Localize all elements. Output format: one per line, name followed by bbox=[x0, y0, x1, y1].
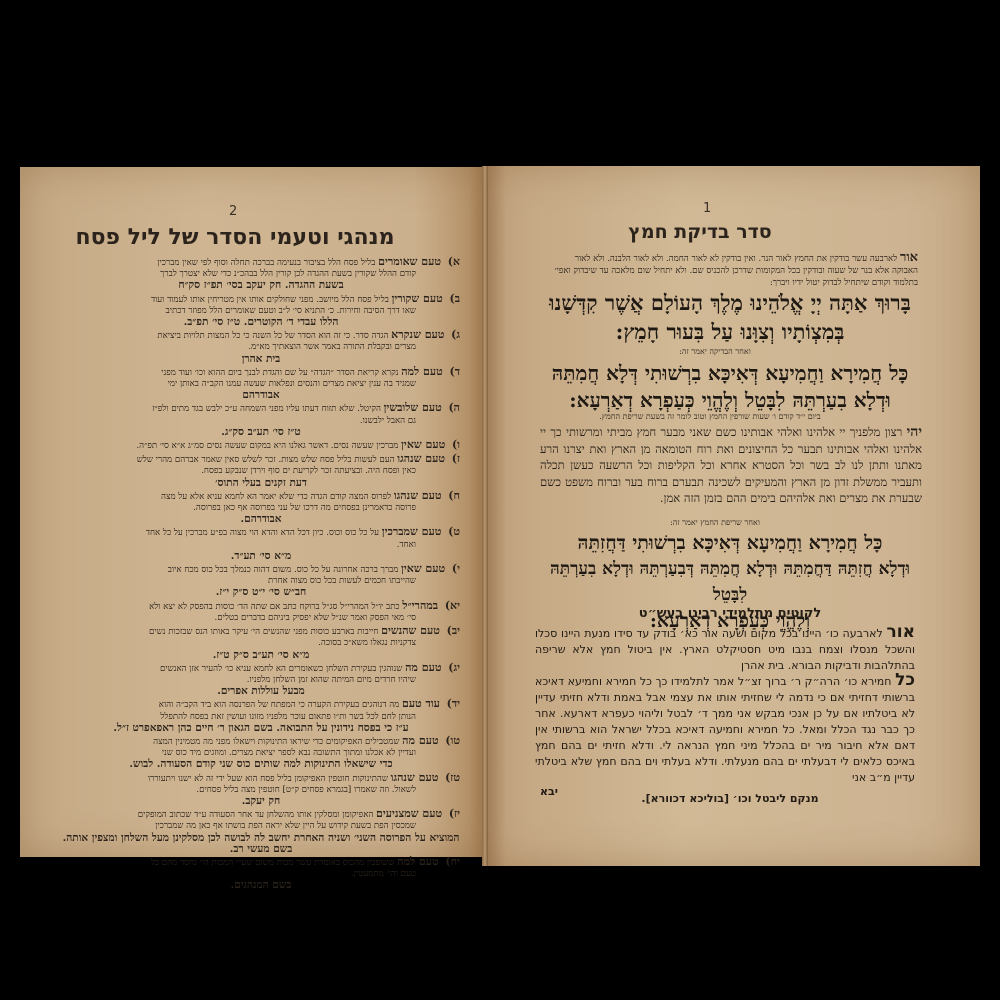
item-lead: טעם שמצניעים bbox=[376, 807, 442, 820]
item-marker: ה) bbox=[448, 401, 460, 414]
item-text: לפרוס המצה קודם הגדה כדי שלא יאמר הא לחמ… bbox=[161, 492, 391, 502]
kol-chamira-line: וּדְלָא חֲזִתֵּהּ דַּחֲמִתֵּהּ וּדְלָא ח… bbox=[530, 556, 930, 608]
item-source: מ״א סי׳ תע״ב ס״ק ט״ז. bbox=[62, 650, 460, 661]
item-source: ע״ז כי בפסח נידונין על התבואה. בשם הגאון… bbox=[62, 723, 460, 734]
item-text: האפיקומן ומסלקין אותו מהשלחן עד אחר הסעו… bbox=[138, 810, 374, 820]
commentary-lead-word: כל bbox=[895, 670, 915, 690]
item-text: על כל כוס וכוס. כיון דכל הדא והדא הוי מצ… bbox=[146, 528, 379, 538]
book-spine bbox=[482, 166, 488, 866]
item-lead: טעם שנהגו bbox=[391, 771, 439, 784]
left-page-number: 2 bbox=[229, 204, 237, 219]
item-marker: א) bbox=[448, 255, 460, 268]
item-marker: יב) bbox=[447, 624, 460, 637]
item-source: חק יעקב. bbox=[62, 796, 460, 807]
closing-line: מנקם ליבטל וכו׳ [בוליכא דכוורא]. bbox=[600, 792, 860, 805]
item-marker: יח) bbox=[445, 855, 460, 868]
item-marker: ד) bbox=[450, 365, 461, 378]
item-source: מבעל עוללות אפרים. bbox=[62, 686, 460, 697]
blessing-bedikat-chametz: בָּרוּךְ אַתָּה יְיָ אֱלֹהֵינוּ מֶלֶךְ ה… bbox=[540, 288, 920, 346]
item-lead: טעם שנהגו bbox=[397, 452, 445, 465]
prayer-text: רצון מלפניך יי אלהינו ואלהי אבותינו כשם … bbox=[540, 425, 922, 505]
item-lead: טעם שקורין bbox=[392, 292, 443, 305]
item-text: מה דנוהגים בעקירת הקערה כי המפתח של הפרנ… bbox=[159, 700, 399, 710]
item-marker: ח) bbox=[448, 489, 460, 502]
custom-item: יג) טעם מה שנוהגין בעקירת השלחן כשאומרים… bbox=[62, 662, 460, 698]
custom-item: יב) טעם שהנשים חייבות בארבע כוסות מפני ש… bbox=[62, 625, 460, 661]
item-marker: יא) bbox=[445, 599, 460, 612]
custom-item: יח) טעם למה ששופכין מהכוס באומרת עשר מכו… bbox=[62, 856, 460, 892]
custom-item: יז) טעם שמצניעים האפיקומן ומסלקין אותו מ… bbox=[62, 808, 460, 855]
custom-item: ט) טעם שמברכין על כל כוס וכוס. כיון דכל … bbox=[62, 526, 460, 562]
item-source: בשם המנהגים. bbox=[62, 880, 460, 891]
custom-item: ו) טעם שאין מברכין שעשה נסים. דאשר גאלנו… bbox=[62, 439, 460, 452]
item-continuation: שמכסין הפת בשעת קידוש על היין שלא יראה ה… bbox=[62, 821, 460, 832]
item-lead: טעם מה bbox=[402, 734, 438, 747]
item-lead: במהרי״ל bbox=[402, 599, 438, 612]
item-source: חב״ש סי׳ י״ט ס״ק י״ז. bbox=[62, 587, 460, 598]
item-marker: ט) bbox=[448, 525, 460, 538]
item-marker: יג) bbox=[448, 661, 460, 674]
yehi-ratzon-prayer: יהי רצון מלפניך יי אלהינו ואלהי אבותינו … bbox=[540, 424, 922, 507]
item-source: המוציא על הפרוסה השני׳ ושניה האחרת יחשב … bbox=[62, 833, 460, 855]
item-source: כדי שישאלו התינוקות למה שותים כוס שני קו… bbox=[62, 759, 460, 770]
item-text: בליל פסח הלל מיושב. מפני שחולקים אותו אי… bbox=[151, 295, 389, 305]
commentary-text: חמירא כו׳ הרה״ק ר׳ ברוך זצ״ל אמר לתלמידו… bbox=[535, 675, 915, 784]
item-continuation: סי׳ מאי הפסק ואמר שנ״ל שלא יפסיק ביניהם … bbox=[62, 613, 460, 624]
note-after-burning: ואחר שריפת החמץ יאמר זה: bbox=[600, 518, 830, 527]
item-text: מברכין שעשה נסים. דאשר גאלנו היא במקום ש… bbox=[136, 441, 398, 451]
right-page-title: סדר בדיקת חמץ bbox=[600, 221, 800, 243]
custom-item: י) טעם שאין מברך ברכה אחרונה על כל כוס. … bbox=[62, 563, 460, 599]
item-marker: טו) bbox=[445, 734, 460, 747]
item-marker: י) bbox=[452, 562, 460, 575]
custom-item: יא) במהרי״ל כתב יו״ל המהרי״ל סג״ל ברוקח … bbox=[62, 600, 460, 624]
intro-text: לארבעה עשר בודקין את החמץ לאור הנר. ואין… bbox=[555, 254, 918, 288]
item-marker: יד) bbox=[447, 697, 460, 710]
custom-item: א) טעם שאומרים בליל פסח הלל בציבור בנעימ… bbox=[62, 256, 460, 292]
item-text: הגדה סדר. כי זה הוא הסדר של כל השנה כי כ… bbox=[157, 331, 388, 341]
item-continuation: מצרים ובקבלת התורה באמר אשר הוצאתיך מא״מ… bbox=[62, 342, 460, 353]
kol-chamira-line: כָּל חֲמִירָא וַחֲמִיעָא דְּאִיכָּא בִרְ… bbox=[530, 360, 930, 387]
item-source: ט״ז סי׳ תע״ב סק״ג. bbox=[62, 427, 460, 438]
item-text: שנוהגין בעקירת השלחן כשאומרים הא לחמא ענ… bbox=[160, 664, 402, 674]
intro-lead-word: אור bbox=[900, 250, 918, 265]
note-after-search: ואחר הבדיקה יאמר זה: bbox=[600, 347, 830, 356]
item-text: נקרא קריאת הסדר ״הגדה״ על שם והגדת לבנך … bbox=[161, 368, 398, 378]
item-continuation: כאין ופסח היה. ובציעתה זכר לקריעת ים סוף… bbox=[62, 466, 460, 477]
customs-list: א) טעם שאומרים בליל פסח הלל בציבור בנעימ… bbox=[62, 256, 460, 893]
item-lead: טעם שנקרא bbox=[391, 328, 444, 341]
item-text: בליל פסח הלל בציבור בנעימה בברכה תחלה וס… bbox=[157, 258, 375, 268]
custom-item: ה) טעם שלובשין הקיטל. שלא תזוח דעתו עליו… bbox=[62, 402, 460, 438]
item-text: שמטבילים האפיקומים כדי שיראו התינוקות וי… bbox=[153, 737, 399, 747]
item-marker: ו) bbox=[452, 438, 460, 451]
item-text: ששופכין מהכוס באומרת עשר מכות משום שע״י … bbox=[151, 858, 395, 868]
item-source: בשעת ההגדה. חק יעקב בסי׳ תפ״ז סק״ח bbox=[62, 280, 460, 291]
item-marker: ז) bbox=[452, 452, 460, 465]
item-lead: טעם שאין bbox=[401, 562, 445, 575]
custom-item: ח) טעם שנהגו לפרוס המצה קודם הגדה כדי של… bbox=[62, 490, 460, 526]
blessing-line: בָּרוּךְ אַתָּה יְיָ אֱלֹהֵינוּ מֶלֶךְ ה… bbox=[540, 288, 920, 317]
item-source: הללו עבדי ד׳ הקוטרים. ט״ז סי׳ תפ״ב. bbox=[62, 317, 460, 328]
custom-item: טז) טעם שנהגו שהתינוקות חוטפין האפיקומן … bbox=[62, 772, 460, 808]
collected-teachings-heading: לקוטים מתלמידי רבינו בעש״ט bbox=[600, 606, 860, 621]
item-source: מ״א סי׳ תע״ד. bbox=[62, 551, 460, 562]
blessing-line: בְּמִצְוֹתָיו וְצִוָּנוּ עַל בִּעוּר חָמ… bbox=[540, 317, 920, 346]
kol-chamira-line: וּדְלָא בִעַרְתֵּהּ לִבָּטֵל וְלֶהֱוֵי כ… bbox=[530, 387, 930, 414]
item-lead: טעם למה bbox=[401, 365, 443, 378]
custom-item: ב) טעם שקורין בליל פסח הלל מיושב. מפני ש… bbox=[62, 293, 460, 329]
kol-chamira-line: כָּל חֲמִירָא וַחֲמִיעָא דְּאִיכָּא בִרְ… bbox=[530, 530, 930, 556]
commentary-lead-word: אור bbox=[887, 622, 915, 642]
commentary-or: אור לארבעה כו׳ היינו בכל מקום ושעה אור כ… bbox=[535, 624, 915, 674]
note-burning: ביום י״ד קודם ו׳ שעות שורפין החמץ וטוב ל… bbox=[560, 412, 860, 421]
item-source: דעת זקנים בעלי התוס׳ bbox=[62, 478, 460, 489]
item-lead: טעם שאומרים bbox=[378, 255, 441, 268]
custom-item: יד) עוד טעם מה דנוהגים בעקירת הקערה כי ה… bbox=[62, 698, 460, 734]
item-marker: ב) bbox=[449, 292, 460, 305]
item-text: חייבות בארבע כוסות מפני שהנשים הי׳ עיקר … bbox=[149, 627, 378, 637]
item-lead: טעם שלובשין bbox=[384, 401, 442, 414]
prayer-lead-word: יהי bbox=[907, 424, 922, 440]
item-lead: טעם שמברכין bbox=[382, 525, 442, 538]
item-marker: טז) bbox=[445, 771, 460, 784]
item-continuation: צדקניות נגאלו משא״כ בסוכה. bbox=[62, 638, 460, 649]
item-lead: טעם שאין bbox=[401, 438, 445, 451]
item-marker: ג) bbox=[451, 328, 460, 341]
custom-item: ד) טעם למה נקרא קריאת הסדר ״הגדה״ על שם … bbox=[62, 366, 460, 402]
item-text: שהתינוקות חוטפין האפיקומן בליל פסח הוא ש… bbox=[148, 774, 388, 784]
right-page-number: 1 bbox=[703, 201, 711, 216]
item-lead: טעם למה bbox=[397, 855, 439, 868]
item-source: אבודרהם bbox=[62, 390, 460, 401]
item-marker: יז) bbox=[449, 807, 460, 820]
left-page-title: מנהגי וטעמי הסדר של ליל פסח bbox=[60, 225, 410, 250]
kol-chamira-first: כָּל חֲמִירָא וַחֲמִיעָא דְּאִיכָּא בִרְ… bbox=[530, 360, 930, 414]
item-source: בית אהרן bbox=[62, 354, 460, 365]
custom-item: ז) טעם שנהגו העם לעשות בליל פסח שלש מצות… bbox=[62, 453, 460, 489]
item-text: כתב יו״ל המהרי״ל סג״ל ברוקח כתב אם שתה ה… bbox=[149, 602, 400, 612]
commentary-kol: כל חמירא כו׳ הרה״ק ר׳ ברוך זצ״ל אמר לתלמ… bbox=[535, 672, 915, 786]
item-lead: טעם שהנשים bbox=[381, 624, 440, 637]
search-instructions: אור לארבעה עשר בודקין את החמץ לאור הנר. … bbox=[548, 252, 918, 289]
commentary-text: לארבעה כו׳ היינו בכל מקום ושעה אור כא׳ ב… bbox=[535, 627, 915, 672]
item-text: מברך ברכה אחרונה על כל כוס. משום דהוה כנ… bbox=[168, 565, 399, 575]
item-source: אבודרהם. bbox=[62, 514, 460, 525]
item-text: העם לעשות בליל פסח שלש מצות. זכר לשלש סא… bbox=[137, 455, 395, 465]
item-lead: עוד טעם bbox=[402, 697, 440, 710]
signature-left: יבא bbox=[540, 785, 558, 798]
custom-item: ג) טעם שנקרא הגדה סדר. כי זה הוא הסדר של… bbox=[62, 329, 460, 365]
item-lead: טעם מה bbox=[405, 661, 441, 674]
item-lead: טעם שנהגו bbox=[394, 489, 442, 502]
item-text: הקיטל. שלא תזוח דעתו עליו מפני השמחה ע״כ… bbox=[152, 404, 381, 414]
custom-item: טו) טעם מה שמטבילים האפיקומים כדי שיראו … bbox=[62, 735, 460, 771]
